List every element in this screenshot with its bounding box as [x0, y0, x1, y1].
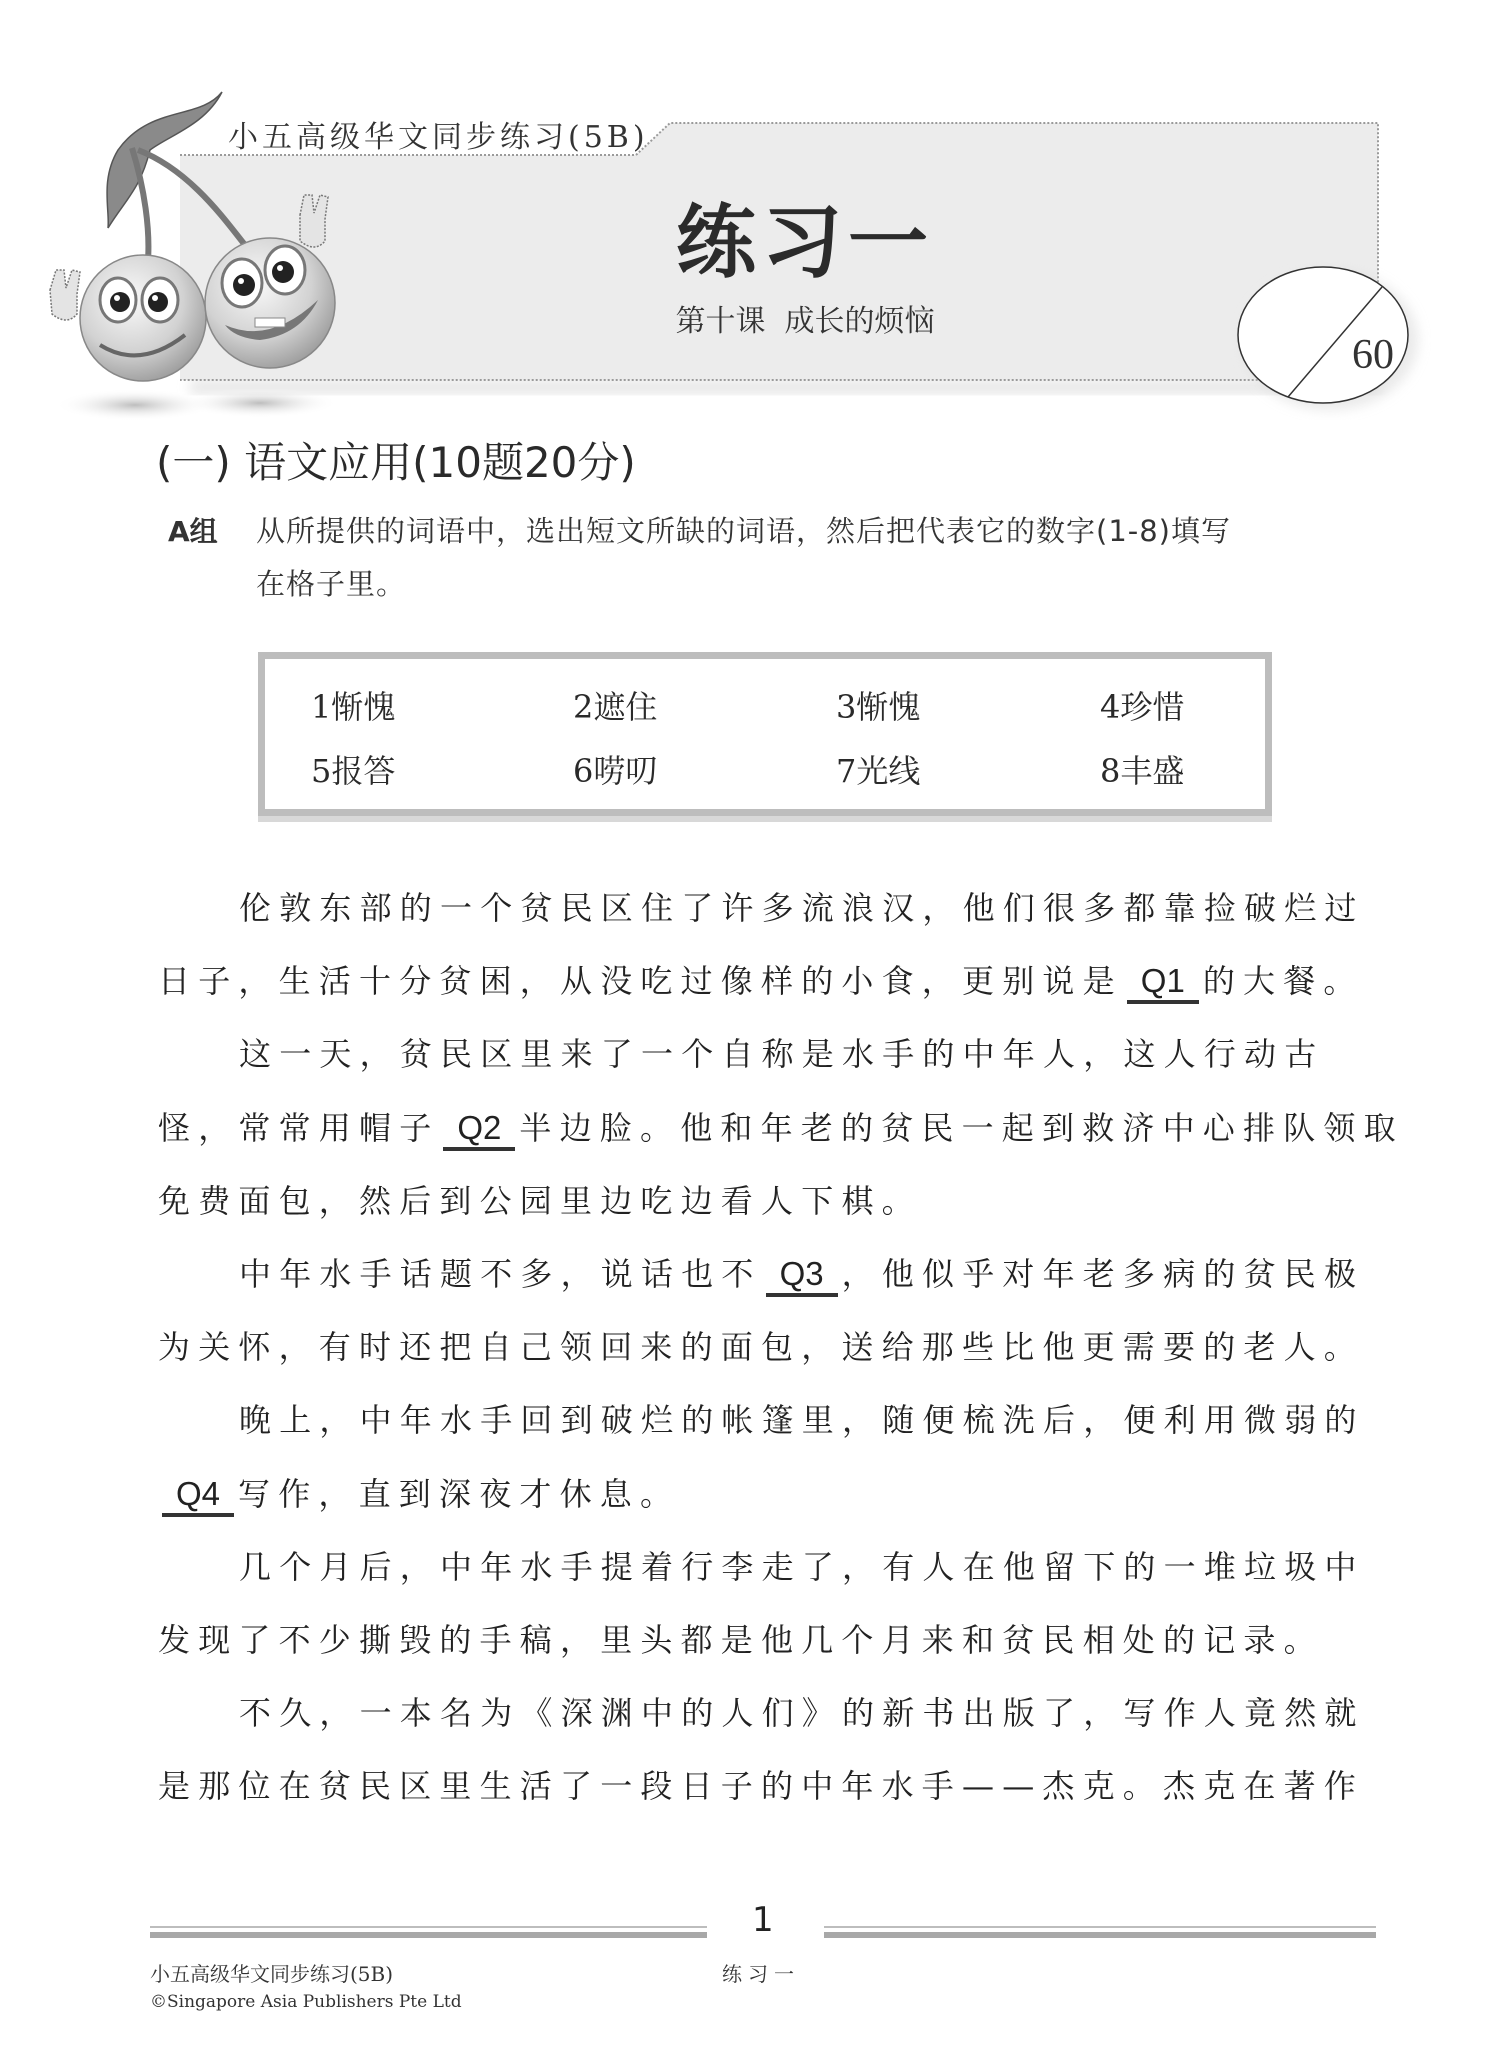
passage-line: 不久，一本名为《深渊中的人们》的新书出版了，写作人竟然就 [239, 1693, 1365, 1733]
answer-blank-q1[interactable]: Q1 [1127, 962, 1199, 1004]
word-text: 惭愧 [331, 688, 395, 726]
instruction-line: 在格子里。 [256, 562, 406, 603]
word-text: 报答 [331, 752, 395, 790]
section-title: (一) 语文应用(10题20分) [156, 430, 636, 490]
word-text: 惭愧 [856, 688, 920, 726]
word-text: 珍惜 [1120, 688, 1184, 726]
word-bank-item: 6唠叨 [573, 746, 657, 792]
passage-line: 中年水手话题不多，说话也不Q3，他似乎对年老多病的贫民极 [239, 1254, 1364, 1297]
word-number: 8 [1100, 752, 1120, 790]
passage-line: 伦敦东部的一个贫民区住了许多流浪汉，他们很多都靠捡破烂过 [239, 888, 1365, 928]
word-text: 唠叨 [593, 752, 657, 790]
passage-text: 不久，一本名为《深渊中的人们》的新书出版了，写作人竟然就 [239, 1694, 1365, 1732]
word-bank-item: 5报答 [311, 746, 395, 792]
word-text: 丰盛 [1120, 752, 1184, 790]
passage-text: ，他似乎对年老多病的贫民极 [842, 1255, 1365, 1293]
answer-blank-q4[interactable]: Q4 [162, 1475, 234, 1517]
word-number: 3 [836, 688, 856, 726]
passage-text: 日子，生活十分贫困，从没吃过像样的小食，更别说是 [158, 962, 1123, 1000]
passage-text: 是那位在贫民区里生活了一段日子的中年水手——杰克。杰克在著作 [158, 1767, 1364, 1805]
word-bank-item: 2遮住 [573, 682, 657, 728]
word-text: 遮住 [593, 688, 657, 726]
passage-text: 中年水手话题不多，说话也不 [239, 1255, 762, 1293]
footer-exercise: 练习一 [722, 1958, 800, 1987]
passage-line: 是那位在贫民区里生活了一段日子的中年水手——杰克。杰克在著作 [158, 1766, 1364, 1806]
passage-line: 几个月后，中年水手提着行李走了，有人在他留下的一堆垃圾中 [239, 1547, 1365, 1587]
footer-rule-left [150, 1926, 707, 1936]
word-number: 1 [311, 688, 331, 726]
passage-line: Q4写作，直到深夜才休息。 [158, 1474, 680, 1517]
word-number: 5 [311, 752, 331, 790]
footer-rule-right [824, 1926, 1376, 1936]
book-label: 小五高级华文同步练习(5B) [228, 112, 649, 156]
exercise-title: 练习一 [0, 178, 1502, 293]
footer-copyright: ©Singapore Asia Publishers Pte Ltd [150, 1992, 462, 2012]
instruction-line: 从所提供的词语中，选出短文所缺的词语，然后把代表它的数字(1-8)填写 [256, 509, 1231, 550]
passage-text: 几个月后，中年水手提着行李走了，有人在他留下的一堆垃圾中 [239, 1548, 1365, 1586]
passage-text: 免费面包，然后到公园里边吃边看人下棋。 [158, 1182, 922, 1220]
passage-line: 日子，生活十分贫困，从没吃过像样的小食，更别说是Q1的大餐。 [158, 961, 1364, 1004]
passage-line: 为关怀，有时还把自己领回来的面包，送给那些比他更需要的老人。 [158, 1327, 1364, 1367]
passage-text: 为关怀，有时还把自己领回来的面包，送给那些比他更需要的老人。 [158, 1328, 1364, 1366]
passage-text: 写作，直到深夜才休息。 [238, 1475, 680, 1513]
word-bank-item: 7光线 [836, 746, 920, 792]
word-number: 6 [573, 752, 593, 790]
word-number: 4 [1100, 688, 1120, 726]
passage-line: 这一天，贫民区里来了一个自称是水手的中年人，这人行动古 [239, 1034, 1324, 1074]
header-banner: 小五高级华文同步练习(5B) 练习一 第十课 成长的烦恼 60 [0, 0, 1502, 420]
word-text: 光线 [856, 752, 920, 790]
word-bank-item: 8丰盛 [1100, 746, 1184, 792]
word-number: 7 [836, 752, 856, 790]
lesson-subtitle: 第十课 成长的烦恼 [0, 296, 1502, 340]
page-number: 1 [752, 1900, 774, 1940]
group-tag: A组 [168, 510, 218, 550]
answer-blank-q2[interactable]: Q2 [443, 1109, 515, 1151]
footer-book-label: 小五高级华文同步练习(5B) [150, 1958, 393, 1987]
word-bank-item: 3惭愧 [836, 682, 920, 728]
passage-line: 发现了不少撕毁的手稿，里头都是他几个月来和贫民相处的记录。 [158, 1620, 1324, 1660]
word-bank-item: 4珍惜 [1100, 682, 1184, 728]
word-bank-item: 1惭愧 [311, 682, 395, 728]
passage-text: 发现了不少撕毁的手稿，里头都是他几个月来和贫民相处的记录。 [158, 1621, 1324, 1659]
word-number: 2 [573, 688, 593, 726]
passage-text: 半边脸。他和年老的贫民一起到救济中心排队领取 [519, 1109, 1403, 1147]
passage-text: 伦敦东部的一个贫民区住了许多流浪汉，他们很多都靠捡破烂过 [239, 889, 1365, 927]
answer-blank-q3[interactable]: Q3 [766, 1255, 838, 1297]
passage-text: 这一天，贫民区里来了一个自称是水手的中年人，这人行动古 [239, 1035, 1324, 1073]
passage-line: 晚上，中年水手回到破烂的帐篷里，随便梳洗后，便利用微弱的 [239, 1400, 1365, 1440]
passage-line: 免费面包，然后到公园里边吃边看人下棋。 [158, 1181, 922, 1221]
passage-line: 怪，常常用帽子Q2半边脸。他和年老的贫民一起到救济中心排队领取 [158, 1108, 1404, 1151]
passage-text: 怪，常常用帽子 [158, 1109, 439, 1147]
passage-text: 的大餐。 [1203, 962, 1364, 1000]
total-score: 60 [1352, 331, 1394, 379]
passage-text: 晚上，中年水手回到破烂的帐篷里，随便梳洗后，便利用微弱的 [239, 1401, 1365, 1439]
